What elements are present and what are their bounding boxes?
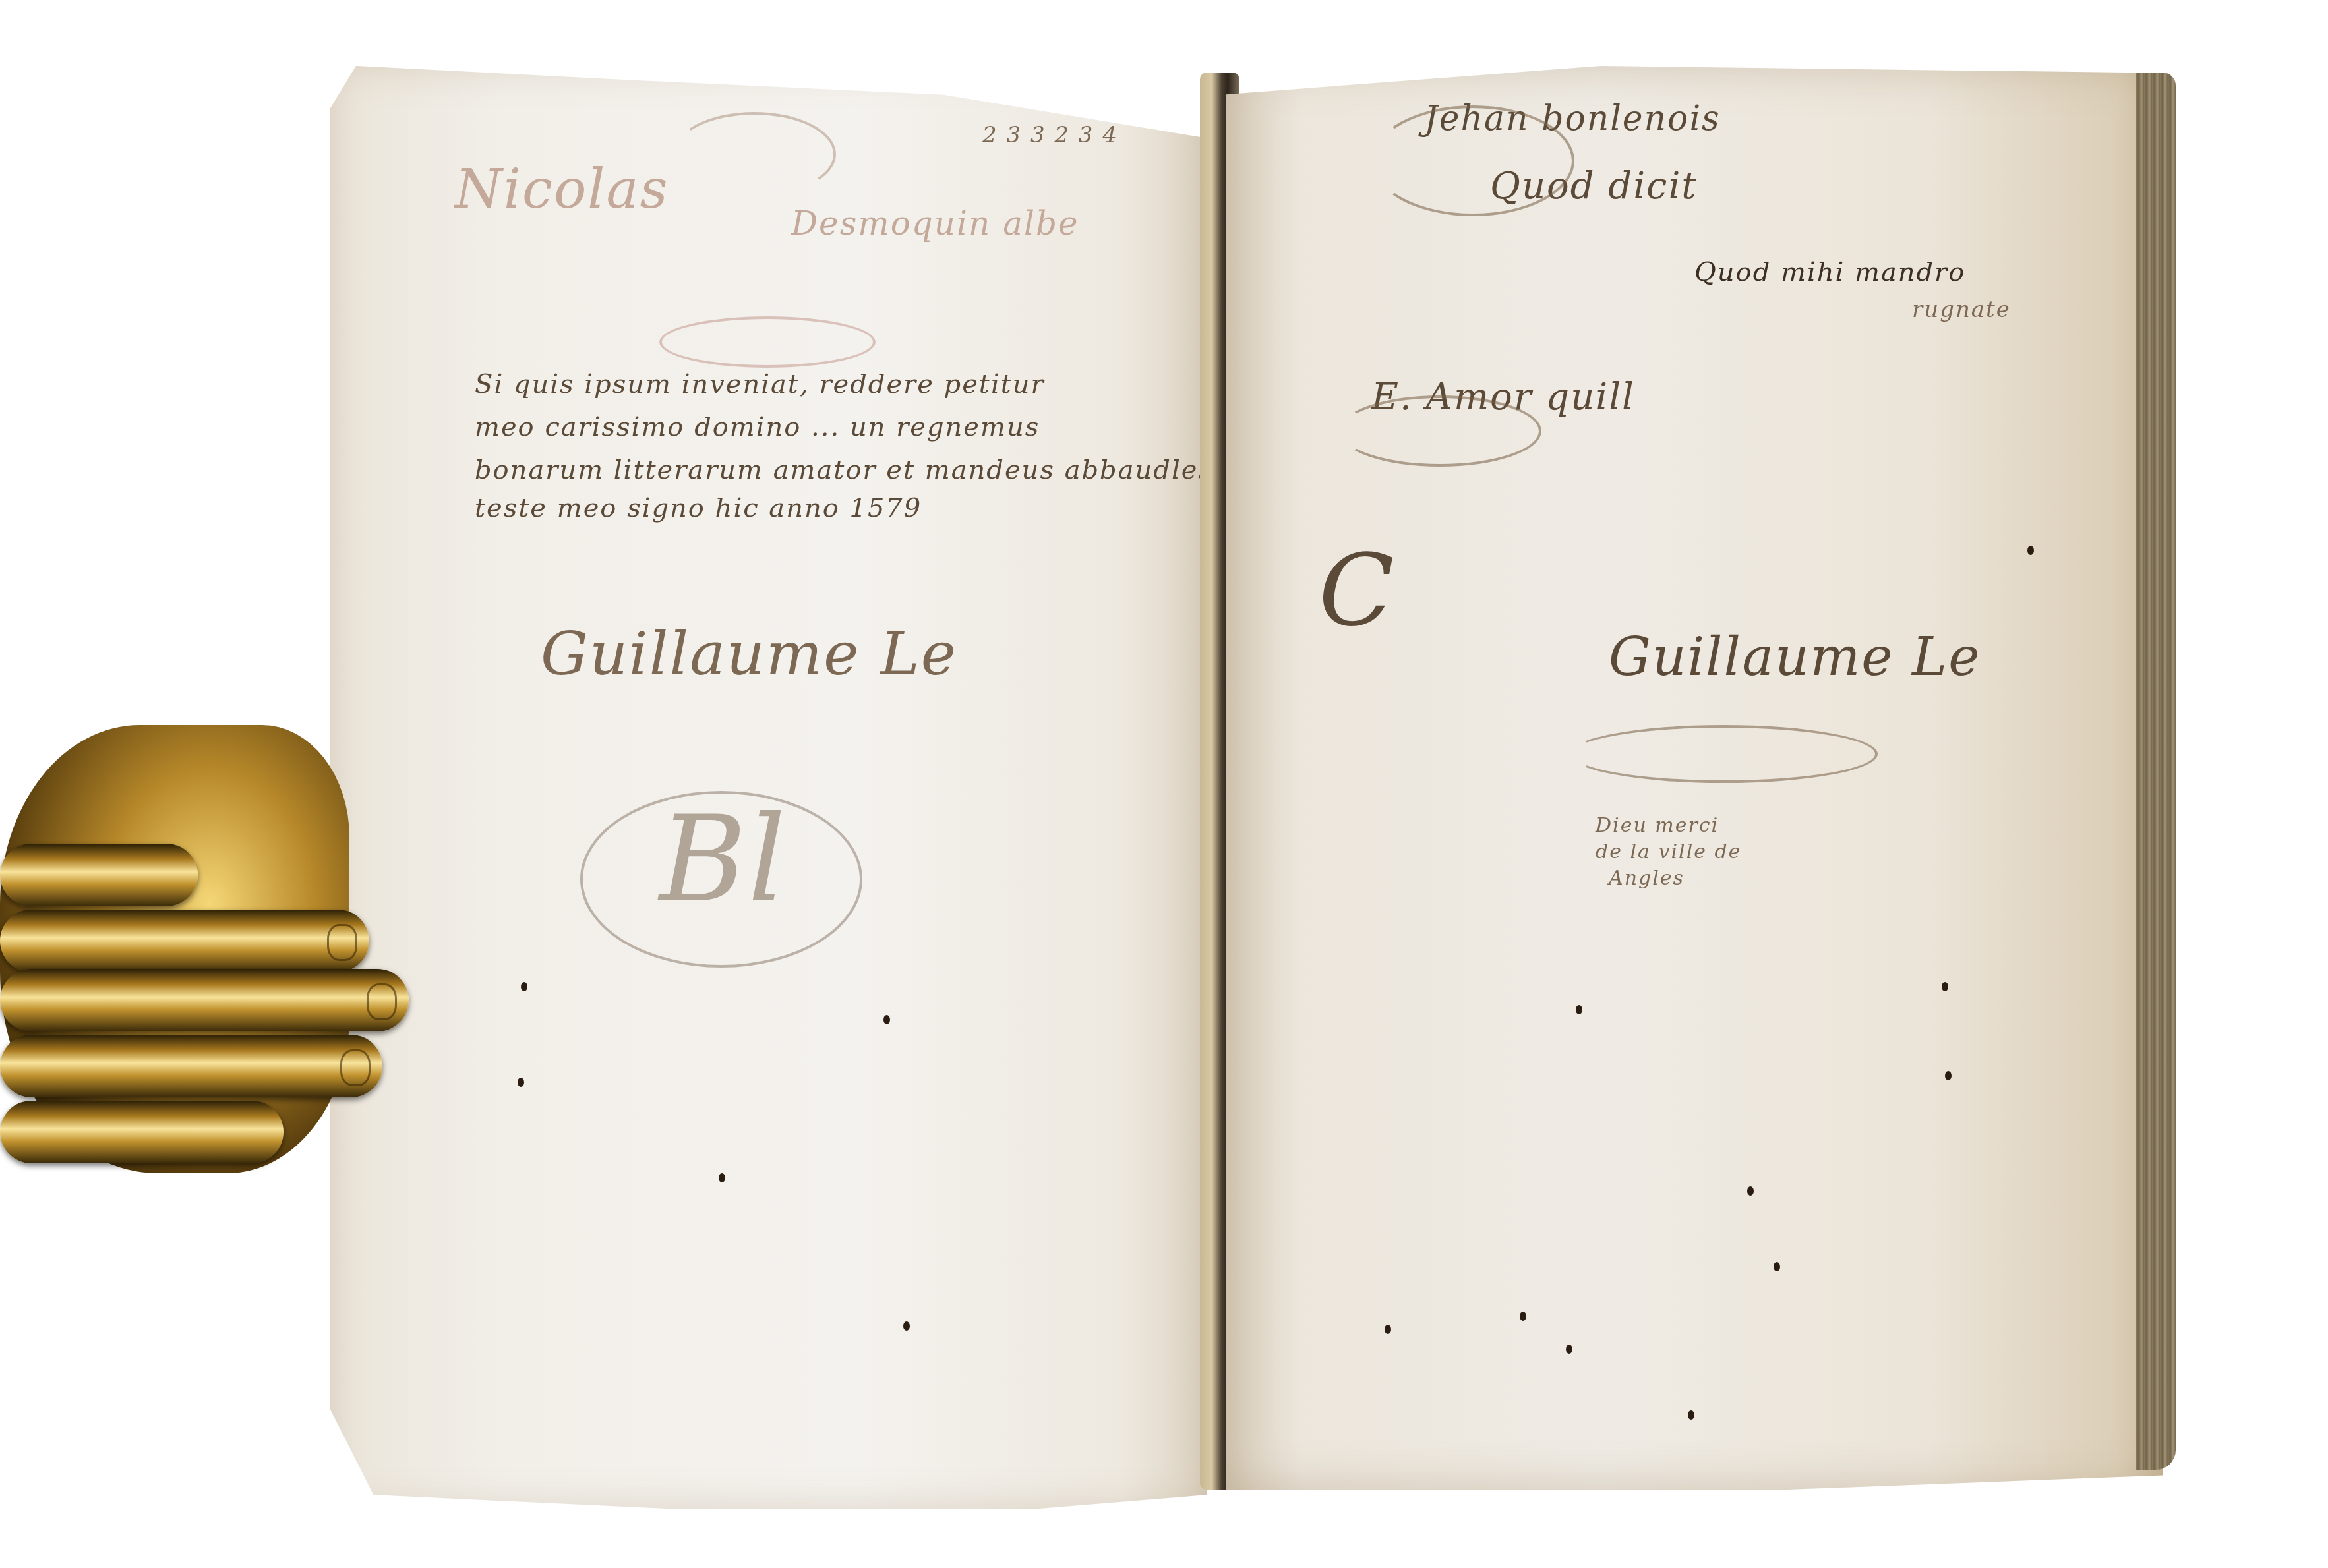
wormhole	[1576, 1005, 1582, 1014]
left-heading-rest: Desmoquin albe	[791, 204, 1079, 243]
wormhole	[903, 1321, 910, 1331]
brass-hand-clip	[0, 712, 422, 1186]
fingernail	[340, 1049, 371, 1086]
wormhole	[719, 1173, 725, 1182]
right-top-flourish	[1371, 105, 1574, 216]
wormhole	[1566, 1345, 1572, 1354]
right-small-note-2: de la ville de	[1596, 840, 1742, 863]
open-manuscript-book: 2 3 3 2 3 4 Nicolas Desmoquin albe Si qu…	[0, 0, 2328, 1568]
wormhole	[1774, 1262, 1780, 1271]
left-top-flourish	[672, 112, 836, 196]
fingernail	[327, 924, 357, 961]
brass-finger-little	[0, 1035, 382, 1097]
right-signature-2: C	[1319, 534, 1396, 649]
wormhole	[1688, 1410, 1694, 1420]
right-small-note-3: Angles	[1609, 867, 1685, 890]
wormhole	[1945, 1071, 1952, 1080]
wormhole	[883, 1015, 890, 1024]
wormhole	[1942, 982, 1948, 991]
wormhole	[1520, 1312, 1526, 1321]
right-line-3: Quod mihi mandro	[1694, 257, 1965, 287]
left-page	[330, 66, 1207, 1509]
left-ribbon-flourish	[659, 316, 876, 368]
right-line-4: rugnate	[1912, 297, 2011, 323]
brass-finger-index	[0, 844, 198, 906]
wormhole	[1747, 1186, 1754, 1196]
wormhole	[521, 982, 527, 991]
brass-finger-middle	[0, 910, 369, 972]
right-signature-3: Guillaume Le	[1609, 626, 1981, 687]
left-top-numerals: 2 3 3 2 3 4	[982, 122, 1118, 148]
left-signature: Guillaume Le	[541, 620, 957, 689]
left-heading-name: Nicolas	[455, 158, 669, 221]
right-signature-3-flourish	[1569, 725, 1878, 783]
right-small-note-1: Dieu merci	[1596, 814, 1719, 837]
wormhole	[2027, 546, 2034, 555]
wormhole	[518, 1078, 524, 1087]
left-inscription-line-2: meo carissimo domino ... un regnemus	[475, 412, 1040, 442]
brass-finger-ring	[0, 969, 409, 1031]
right-signature-1-flourish	[1338, 395, 1541, 467]
wormhole	[1385, 1325, 1391, 1334]
left-inscription-line-4: teste meo signo hic anno 1579	[475, 493, 922, 523]
fingernail	[367, 983, 397, 1020]
left-inscription-line-3: bonarum litterarum amator et mandeus abb…	[475, 455, 1213, 485]
left-inscription-line-1: Si quis ipsum inveniat, reddere petitur	[475, 369, 1045, 399]
brass-finger-thumb	[0, 1101, 284, 1163]
page-block-edge	[2136, 73, 2176, 1470]
left-lower-flourish: Bl	[659, 791, 787, 929]
